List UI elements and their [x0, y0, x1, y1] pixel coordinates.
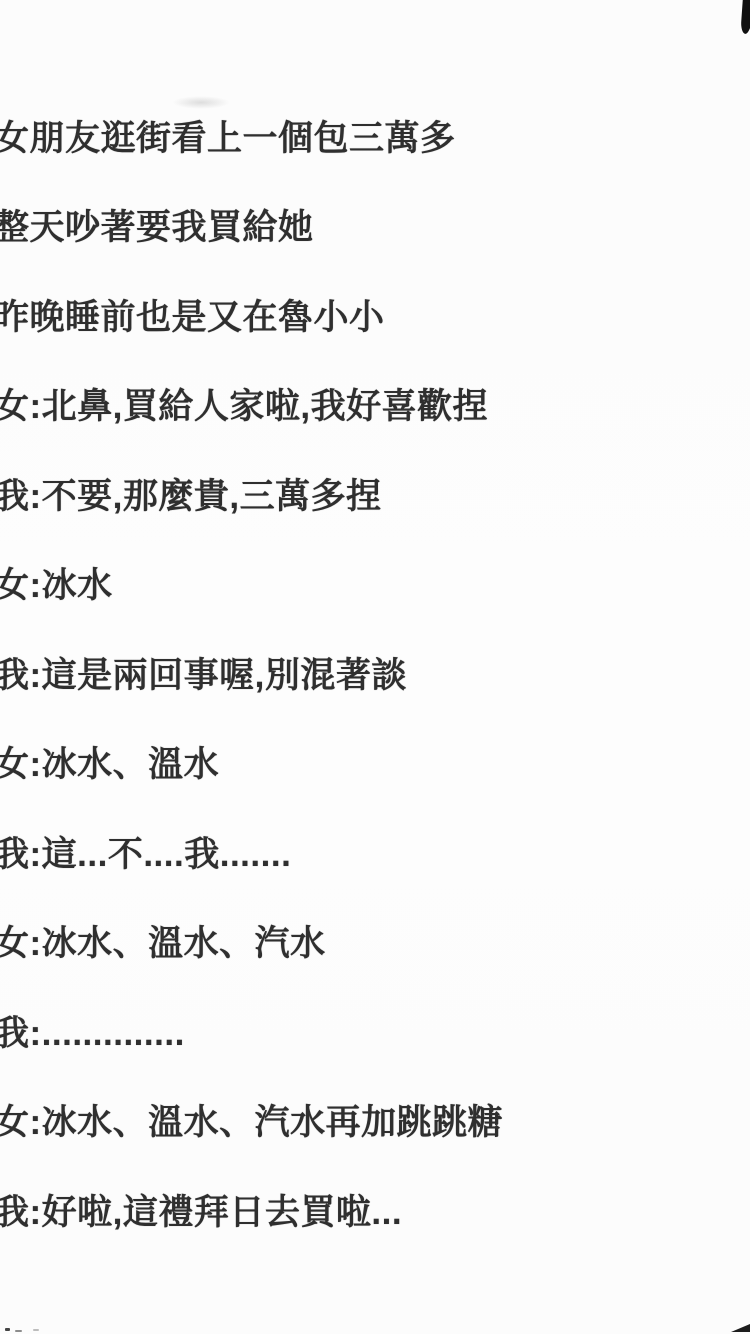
story-line: 整天吵著要我買給她 [0, 181, 750, 271]
photo-speck-bottom-left [33, 1329, 39, 1331]
story-line: 我:這...不....我....... [0, 807, 750, 897]
story-page: 女朋友逛街看上一個包三萬多 整天吵著要我買給她 昨晚睡前也是又在魯小小 女:北鼻… [0, 0, 750, 1334]
story-line: 我:.............. [0, 986, 750, 1076]
photo-artifact-bottom-right-corner [731, 1324, 750, 1332]
story-line: 我:這是兩回事喔,別混著談 [0, 628, 750, 718]
story-line: 女:冰水 [0, 539, 750, 629]
photo-artifact-top-right-corner [740, 0, 750, 34]
story-line: 我:不要,那麼貴,三萬多捏 [0, 449, 750, 539]
story-line: 我:好啦,這禮拜日去買啦... [0, 1165, 750, 1255]
story-line: 女:北鼻,買給人家啦,我好喜歡捏 [0, 360, 750, 450]
story-text-block: 女朋友逛街看上一個包三萬多 整天吵著要我買給她 昨晚睡前也是又在魯小小 女:北鼻… [0, 91, 750, 1255]
story-line: 女朋友逛街看上一個包三萬多 [0, 91, 750, 181]
story-line: 女:冰水、溫水、汽水再加跳跳糖 [0, 1076, 750, 1166]
story-line: 昨晚睡前也是又在魯小小 [0, 270, 750, 360]
story-line: 女:冰水、溫水 [0, 718, 750, 808]
photo-speck-bottom-left [5, 1328, 10, 1331]
photo-speck-bottom-left [15, 1330, 22, 1332]
story-line: 女:冰水、溫水、汽水 [0, 897, 750, 987]
